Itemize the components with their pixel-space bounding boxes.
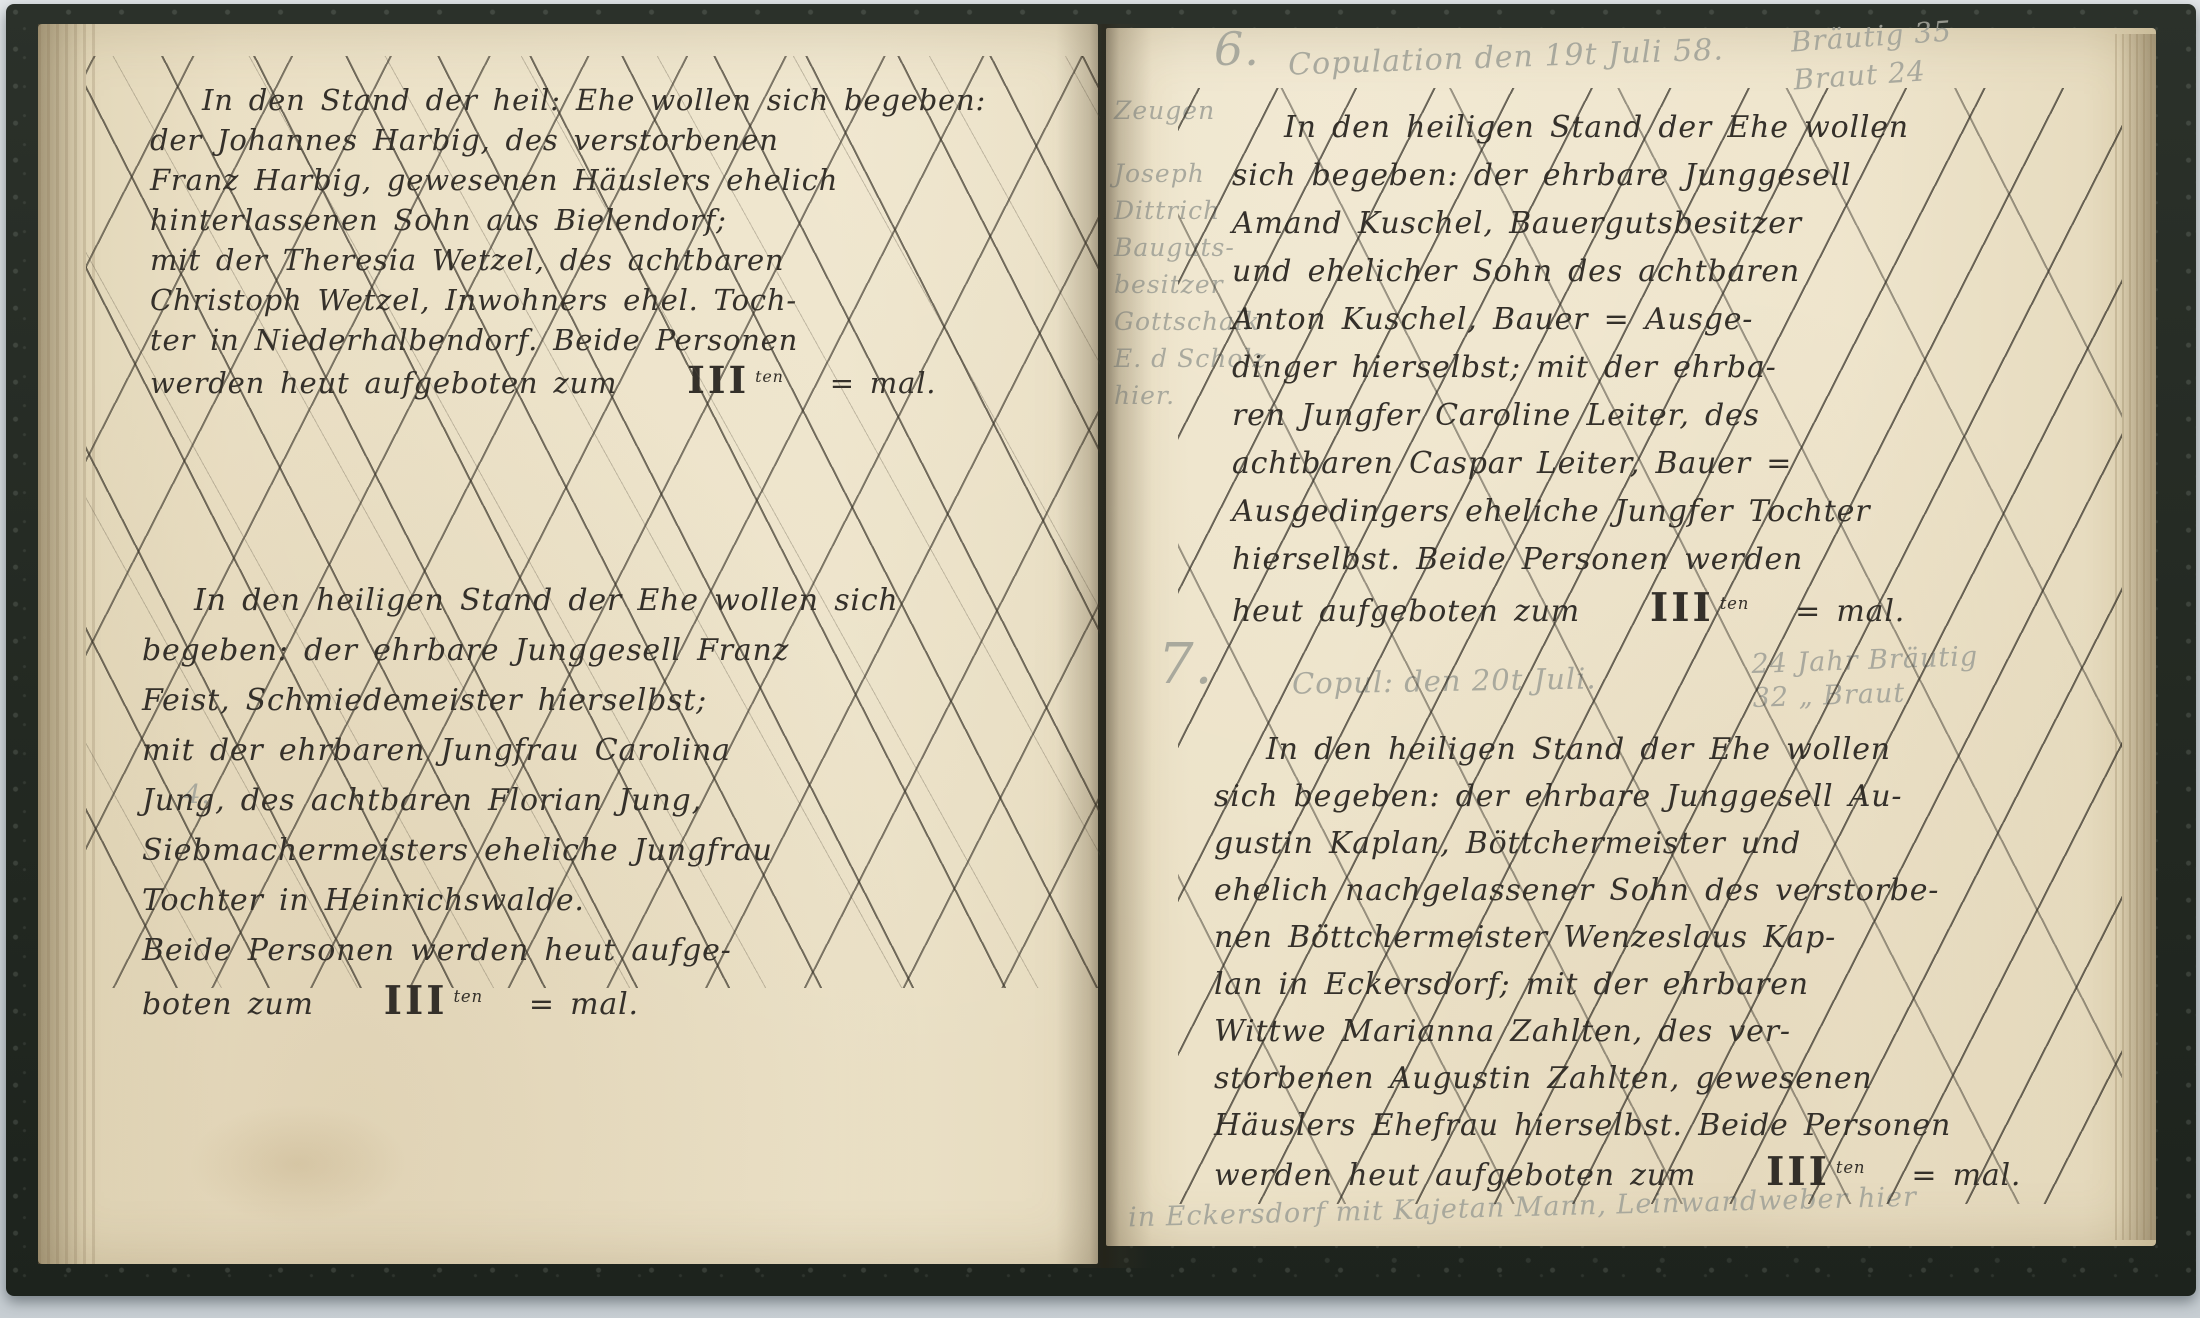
aufgebot-count-numeral: III — [1650, 585, 1714, 631]
handwritten-line: Ausgedingers eheliche Jungfer Tochter — [1232, 488, 2082, 536]
numeral-superscript: ten — [755, 367, 784, 386]
handwritten-line: hinterlassenen Sohn aus Bielendorf; — [150, 200, 990, 240]
banns-entry-right-2: In den heiligen Stand der Ehe wollensich… — [1214, 726, 2094, 1203]
handwritten-line: ter in Niederhalbendorf. Beide Personen — [150, 320, 990, 360]
handwritten-line: Wittwe Marianna Zahlten, des ver- — [1214, 1008, 2094, 1055]
handwritten-line: ren Jungfer Caroline Leiter, des — [1232, 392, 2082, 440]
final-post: = mal. — [830, 366, 937, 400]
handwritten-line: Siebmachermeisters eheliche Jungfrau — [142, 826, 1002, 876]
handwritten-line: Feist, Schmiedemeister hierselbst; — [142, 676, 1002, 726]
handwritten-line: nen Böttchermeister Wenzeslaus Kap- — [1214, 914, 2094, 961]
handwritten-line: Jung, des achtbaren Florian Jung, — [142, 776, 1002, 826]
aufgebot-final-line: werden heut aufgeboten zumIIIten= mal. — [150, 360, 990, 408]
final-post: = mal. — [1911, 1158, 2021, 1193]
pencil-ages-7: 24 Jahr Bräutig 32 „ Braut — [1751, 640, 1980, 716]
handwritten-line: Amand Kuschel, Bauergutsbesitzer — [1232, 200, 2082, 248]
pencil-copulation-date-7: Copul: den 20t Juli. — [1292, 661, 1597, 700]
numeral-superscript: ten — [1720, 594, 1749, 613]
right-page-edge — [2110, 34, 2156, 1240]
left-page: In den Stand der heil: Ehe wollen sich b… — [38, 24, 1098, 1264]
handwritten-line: In den Stand der heil: Ehe wollen sich b… — [150, 80, 990, 120]
banns-entry-left-2: In den heiligen Stand der Ehe wollen sic… — [142, 576, 1002, 1034]
aufgebot-count-numeral: III — [1766, 1149, 1830, 1195]
handwritten-line: Christoph Wetzel, Inwohners ehel. Toch- — [150, 280, 990, 320]
banns-entry-left-1: In den Stand der heil: Ehe wollen sich b… — [150, 80, 990, 408]
handwritten-line: In den heiligen Stand der Ehe wollen sic… — [142, 576, 1002, 626]
final-pre: boten zum — [142, 987, 314, 1022]
handwritten-line: gustin Kaplan, Böttchermeister und — [1214, 820, 2094, 867]
final-pre: werden heut aufgeboten zum — [1214, 1158, 1696, 1193]
banns-entry-right-1: In den heiligen Stand der Ehe wollensich… — [1232, 104, 2082, 640]
pencil-entry-number-6: 6. — [1214, 22, 1260, 76]
handwritten-line: storbenen Augustin Zahlten, gewesenen — [1214, 1055, 2094, 1102]
final-pre: werden heut aufgeboten zum — [150, 366, 617, 400]
handwritten-line: der Johannes Harbig, des verstorbenen — [150, 120, 990, 160]
final-post: = mal. — [1795, 594, 1905, 629]
handwritten-line: In den heiligen Stand der Ehe wollen — [1214, 726, 2094, 773]
handwritten-line: begeben: der ehrbare Junggesell Franz — [142, 626, 1002, 676]
aufgebot-count-numeral: III — [687, 358, 749, 402]
handwritten-line: In den heiligen Stand der Ehe wollen — [1232, 104, 2082, 152]
final-post: = mal. — [529, 987, 639, 1022]
handwritten-line: ehelich nachgelassener Sohn des verstorb… — [1214, 867, 2094, 914]
handwritten-line: lan in Eckersdorf; mit der ehrbaren — [1214, 961, 2094, 1008]
handwritten-line: Tochter in Heinrichswalde. — [142, 876, 1002, 926]
aufgebot-final-line: boten zumIIIten= mal. — [142, 976, 1002, 1034]
pencil-entry-number-7: 7. — [1158, 632, 1213, 697]
handwritten-line: mit der ehrbaren Jungfrau Carolina — [142, 726, 1002, 776]
aufgebot-final-line: heut aufgeboten zumIIIten= mal. — [1232, 584, 2082, 640]
handwritten-line: und ehelicher Sohn des achtbaren — [1232, 248, 2082, 296]
handwritten-line: sich begeben: der ehrbare Junggesell — [1232, 152, 2082, 200]
handwritten-line: hierselbst. Beide Personen werden — [1232, 536, 2082, 584]
handwritten-line: Beide Personen werden heut aufge- — [142, 926, 1002, 976]
numeral-superscript: ten — [1836, 1158, 1865, 1177]
handwritten-line: sich begeben: der ehrbare Junggesell Au- — [1214, 773, 2094, 820]
book-scan: In den Stand der heil: Ehe wollen sich b… — [0, 0, 2200, 1318]
pencil-ages-6: Bräutig 35 Braut 24 — [1790, 12, 1956, 99]
handwritten-line: mit der Theresia Wetzel, des achtbaren — [150, 240, 990, 280]
final-pre: heut aufgeboten zum — [1232, 594, 1580, 629]
handwritten-line: Anton Kuschel, Bauer = Ausge- — [1232, 296, 2082, 344]
page-stain — [188, 1104, 408, 1224]
aufgebot-count-numeral: III — [384, 978, 448, 1024]
handwritten-line: achtbaren Caspar Leiter, Bauer = — [1232, 440, 2082, 488]
handwritten-line: Häuslers Ehefrau hierselbst. Beide Perso… — [1214, 1102, 2094, 1149]
left-page-edge — [38, 24, 98, 1264]
handwritten-line: dinger hierselbst; mit der ehrba- — [1232, 344, 2082, 392]
aufgebot-final-line: werden heut aufgeboten zumIIIten= mal. — [1214, 1149, 2094, 1203]
numeral-superscript: ten — [453, 987, 482, 1006]
handwritten-line: Franz Harbig, gewesenen Häuslers ehelich — [150, 160, 990, 200]
